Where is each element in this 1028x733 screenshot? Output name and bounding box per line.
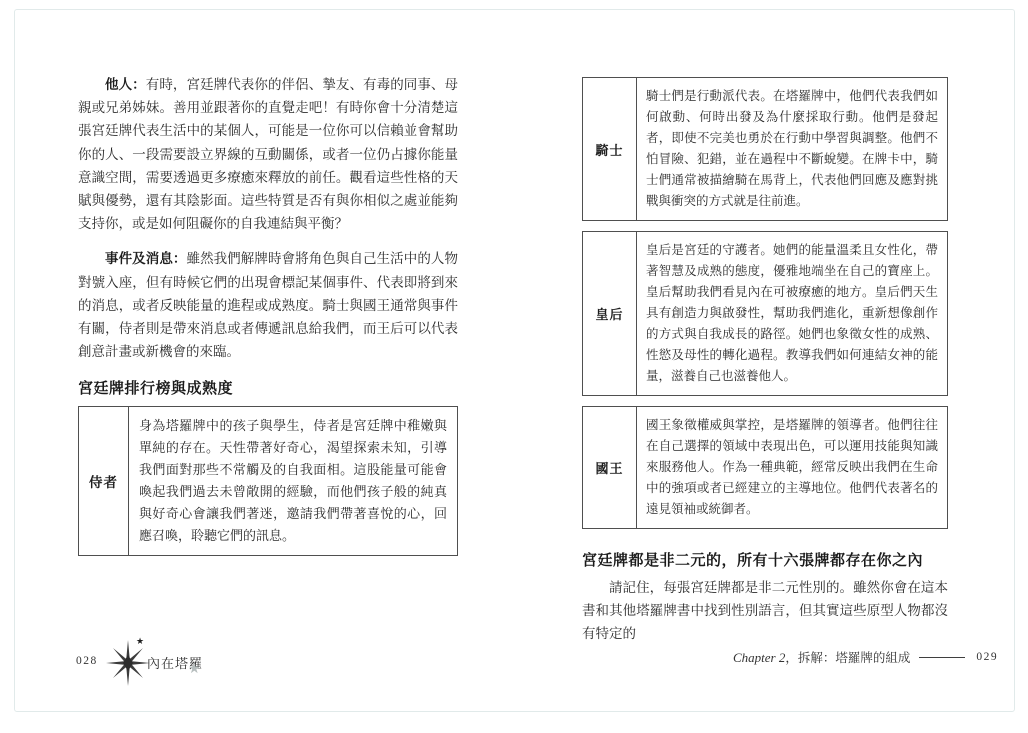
page-number-right: 029 (976, 651, 998, 663)
rank-label-queen: 皇后 (583, 232, 637, 395)
rank-text-knight: 騎士們是行動派代表。在塔羅牌中，他們代表我們如何啟動、何時出發及為什麼採取行動。… (637, 78, 947, 220)
chapter-caption: Chapter 2，拆解：塔羅牌的組成 (733, 648, 910, 666)
page-number-left: 028 (76, 655, 98, 667)
footer-rule (919, 657, 965, 658)
rank-text-king: 國王象徵權威與掌控，是塔羅牌的領導者。他們往往在自己選擇的領域中表現出色，可以運… (637, 407, 947, 528)
small-black-star-icon: ★ (136, 637, 144, 647)
section-heading-nonbinary: 宮廷牌都是非二元的，所有十六張牌都存在你之內 (582, 549, 948, 570)
section-heading-ranking: 宮廷牌排行榜與成熟度 (78, 377, 458, 398)
rank-text-page: 身為塔羅牌中的孩子與學生，侍者是宮廷牌中稚嫩與單純的存在。天性帶著好奇心，渴望探… (129, 407, 457, 555)
rank-text-queen: 皇后是宮廷的守護者。她們的能量溫柔且女性化，帶著智慧及成熟的態度，優雅地端坐在自… (637, 232, 947, 395)
footer-right: Chapter 2，拆解：塔羅牌的組成 029 (733, 648, 998, 666)
rank-label-king: 國王 (583, 407, 637, 528)
footer-left: 028 ★ 內在塔羅 ★ (76, 638, 226, 688)
gray-star-icon: ★ (188, 661, 201, 677)
rank-label-knight: 騎士 (583, 78, 637, 220)
page-left: 他人：有時，宮廷牌代表你的伴侶、摯友、有毒的同事、母親或兄弟姊妹。善用並跟著你的… (78, 73, 458, 556)
rank-row-page: 侍者 身為塔羅牌中的孩子與學生，侍者是宮廷牌中稚嫩與單純的存在。天性帶著好奇心，… (78, 406, 458, 556)
paragraph-others: 他人：有時，宮廷牌代表你的伴侶、摯友、有毒的同事、母親或兄弟姊妹。善用並跟著你的… (78, 73, 458, 235)
paragraph-text: 有時，宮廷牌代表你的伴侶、摯友、有毒的同事、母親或兄弟姊妹。善用並跟著你的直覺走… (78, 77, 458, 231)
paragraph-nonbinary: 請記住，每張宮廷牌都是非二元性別的。雖然你會在這本書和其他塔羅牌書中找到性別語言… (582, 576, 948, 646)
chapter-label: Chapter 2 (733, 650, 785, 665)
book-spread: 他人：有時，宮廷牌代表你的伴侶、摯友、有毒的同事、母親或兄弟姊妹。善用並跟著你的… (0, 0, 1028, 733)
rank-row-queen: 皇后 皇后是宮廷的守護者。她們的能量溫柔且女性化，帶著智慧及成熟的態度，優雅地端… (582, 231, 948, 396)
paragraph-events: 事件及消息：雖然我們解牌時會將角色與自己生活中的人物對號入座，但有時候它們的出現… (78, 247, 458, 363)
rank-row-king: 國王 國王象徵權威與掌控，是塔羅牌的領導者。他們往往在自己選擇的領域中表現出色，… (582, 406, 948, 529)
rank-label-page: 侍者 (79, 407, 129, 555)
paragraph-text: 雖然我們解牌時會將角色與自己生活中的人物對號入座，但有時候它們的出現會標記某個事… (78, 251, 458, 359)
paragraph-lead: 事件及消息： (105, 251, 186, 266)
rank-row-knight: 騎士 騎士們是行動派代表。在塔羅牌中，他們代表我們如何啟動、何時出發及為什麼採取… (582, 77, 948, 221)
chapter-title: ，拆解：塔羅牌的組成 (785, 651, 910, 665)
page-right: 騎士 騎士們是行動派代表。在塔羅牌中，他們代表我們如何啟動、何時出發及為什麼採取… (582, 77, 948, 646)
paragraph-lead: 他人： (105, 77, 146, 92)
